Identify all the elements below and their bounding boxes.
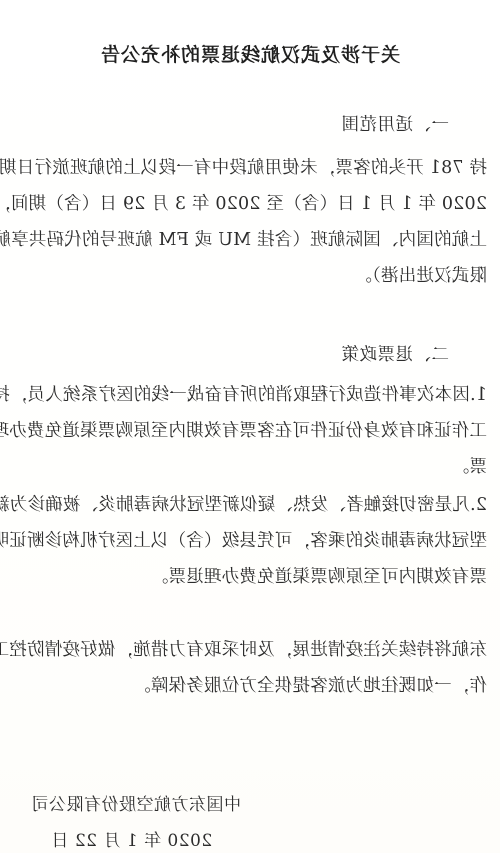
paragraph-line: 型冠状病毒肺炎的乘客，可凭县级（含）以上医疗机构诊断证明在客 bbox=[13, 523, 487, 559]
paragraph-line: 工作证和有效身份证件可在客票有效期内至原购票渠道免费办理退 bbox=[13, 413, 487, 449]
paragraph-line: 票有效期内可至原购票渠道免费办理退票。 bbox=[13, 559, 487, 595]
paragraph-closing: 东航将持续关注疫情进展，及时采取有力措施，做好疫情防控工 作，一如既往地为旅客提… bbox=[13, 632, 487, 704]
section-heading-refund-policy: 二、退票政策 bbox=[13, 337, 487, 373]
paragraph-line: 持 781 开头的客票，未使用航段中有一段以上的航班旅行日期在 bbox=[13, 150, 487, 186]
mirrored-document: 关于涉及武汉航线退票的补充公告 一、适用范围 持 781 开头的客票，未使用航段… bbox=[0, 0, 500, 853]
paragraph-line: 1.因本次事件造成行程取消的所有奋战一线的医疗系统人员，持 bbox=[13, 377, 487, 413]
signature-company: 中国东方航空股份有限公司 bbox=[13, 787, 487, 823]
document-page: 关于涉及武汉航线退票的补充公告 一、适用范围 持 781 开头的客票，未使用航段… bbox=[0, 0, 500, 853]
section-heading-scope: 一、适用范围 bbox=[13, 107, 487, 143]
paragraph-line: 作，一如既往地为旅客提供全方位服务保障。 bbox=[13, 668, 487, 704]
paragraph-scope: 持 781 开头的客票，未使用航段中有一段以上的航班旅行日期在 2020 年 1… bbox=[13, 150, 487, 294]
paragraph-line: 上航的国内、国际航班（含挂 MU 或 FM 航班号的代码共享航班，不 bbox=[13, 222, 487, 258]
document-title: 关于涉及武汉航线退票的补充公告 bbox=[13, 43, 487, 67]
paragraph-line: 2020 年 1 月 1 日（含）至 2020 年 3 月 29 日（含）期间，… bbox=[13, 186, 487, 222]
signature-block: 中国东方航空股份有限公司 2020 年 1 月 22 日 bbox=[13, 787, 487, 853]
paragraph-line: 2.凡是密切接触者、发热、疑似新型冠状病毒肺炎、被确诊为新 bbox=[13, 487, 487, 523]
paragraph-line: 限武汉进出港）。 bbox=[13, 258, 487, 294]
paragraph-medical-staff: 1.因本次事件造成行程取消的所有奋战一线的医疗系统人员，持 工作证和有效身份证件… bbox=[13, 377, 487, 485]
paragraph-line: 票。 bbox=[13, 449, 487, 485]
paragraph-line: 东航将持续关注疫情进展，及时采取有力措施，做好疫情防控工 bbox=[13, 632, 487, 668]
paragraph-patients: 2.凡是密切接触者、发热、疑似新型冠状病毒肺炎、被确诊为新 型冠状病毒肺炎的乘客… bbox=[13, 487, 487, 595]
signature-date: 2020 年 1 月 22 日 bbox=[13, 823, 487, 853]
